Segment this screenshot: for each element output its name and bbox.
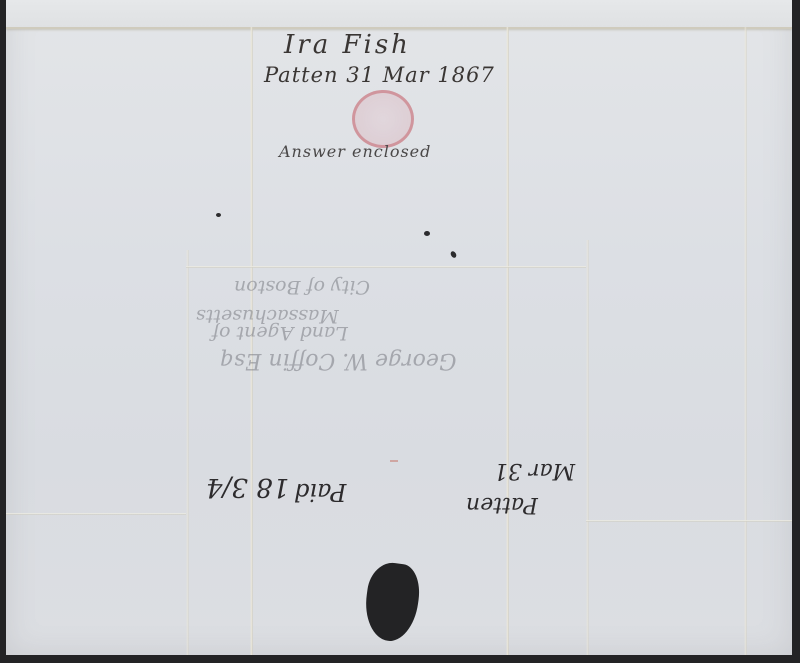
horizontal-fold-line: [6, 513, 186, 515]
postal-rate-marking: 18 3/4: [206, 472, 289, 502]
ink-speck: [450, 250, 458, 259]
bleed-through-address-line: Land Agent of: [212, 322, 348, 344]
postal-town-marking: Patten: [466, 492, 538, 517]
vertical-fold-line: [506, 27, 509, 655]
postal-date-marking: Mar 31: [494, 458, 575, 483]
wax-seal-icon: [352, 90, 414, 148]
vertical-fold-line: [744, 27, 747, 655]
letter-sheet: Ira Fish Patten 31 Mar 1867 Answer enclo…: [6, 0, 792, 655]
horizontal-fold-line: [586, 520, 792, 522]
bleed-through-address-line: City of Boston: [234, 276, 370, 298]
ink-mark: [390, 460, 398, 462]
vertical-fold-line: [186, 250, 189, 655]
ink-speck: [424, 231, 430, 236]
horizontal-fold-line: [186, 266, 586, 268]
torn-hole: [361, 560, 423, 644]
docket-name: Ira Fish: [284, 30, 411, 60]
docket-place-date: Patten 31 Mar 1867: [264, 63, 495, 87]
ink-speck: [216, 213, 221, 217]
top-fold-flap: [6, 0, 792, 29]
docket-note: Answer enclosed: [279, 142, 431, 161]
vertical-fold-line: [586, 240, 589, 655]
postal-paid-marking: Paid: [294, 478, 346, 506]
bleed-through-address-line: George W. Coffin Esq: [220, 348, 457, 373]
